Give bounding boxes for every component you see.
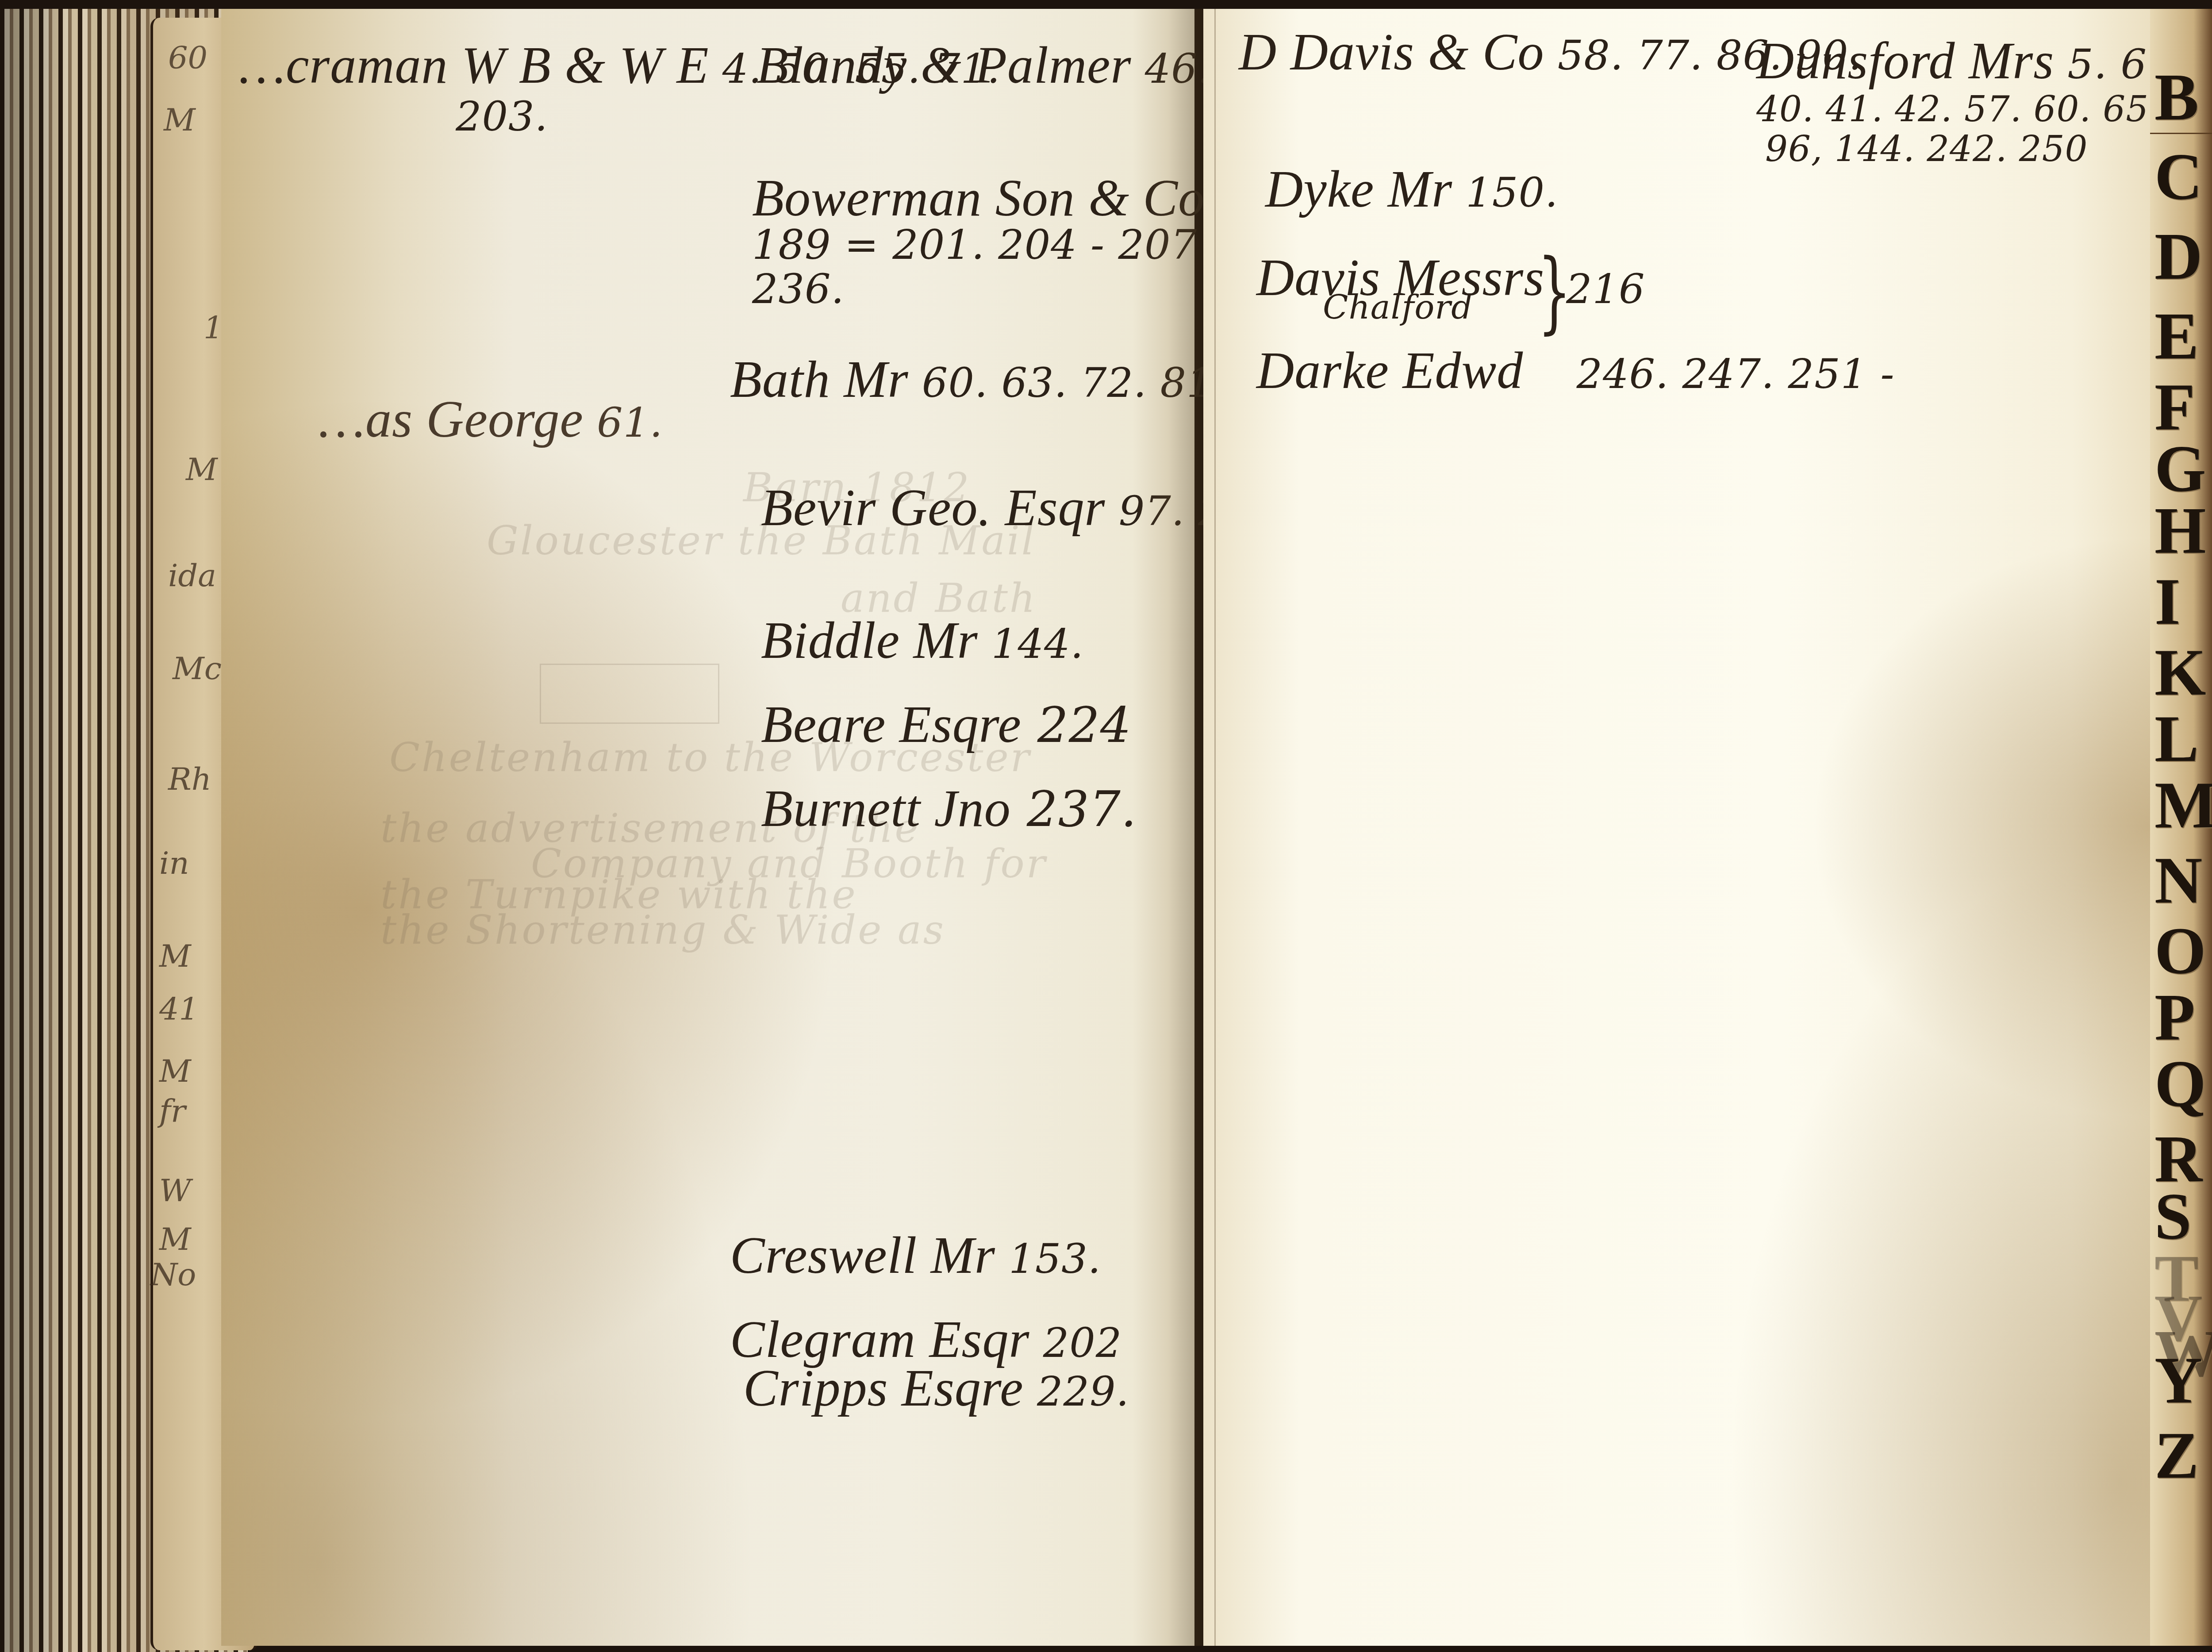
index-entry: Creswell Mr 153. [730, 1226, 1101, 1286]
open-ledger-book: 60 M 1 M ida Mc Rh in M 41 M fr W M No B… [0, 0, 2212, 1652]
margin-fragment: No [150, 1256, 196, 1293]
entry-name: Biddle Mr [761, 611, 978, 669]
alphabet-tab-d[interactable]: D [2154, 221, 2212, 292]
alphabet-tab-f[interactable]: F [2154, 372, 2212, 442]
entry-name: Bath Mr [730, 350, 909, 408]
alphabet-tab-y[interactable]: Y [2154, 1345, 2212, 1416]
margin-fragment: Rh [168, 761, 211, 797]
alphabet-tab-g[interactable]: G [2154, 434, 2212, 504]
index-entry-continuation: 96, 144. 242. 250 [1765, 128, 2088, 169]
entry-refs: 237. [1027, 781, 1137, 838]
alphabet-tab-l[interactable]: L [2154, 703, 2212, 774]
alphabet-tab-h[interactable]: H [2154, 496, 2212, 566]
alphabet-tab-n[interactable]: N [2154, 845, 2212, 916]
alphabet-tab-c[interactable]: C [2154, 142, 2212, 212]
index-entry: Cripps Esqre 229. [743, 1358, 1129, 1418]
entry-name: Burnett Jno [761, 780, 1011, 838]
entry-refs: 216 [1566, 265, 1645, 313]
alphabet-tab-b[interactable]: B [2154, 62, 2212, 133]
alphabet-tab-i[interactable]: I [2154, 566, 2212, 637]
index-entry-continuation: 236. [752, 265, 845, 313]
margin-fragment: 1 [204, 310, 223, 346]
entry-refs: 229. [1037, 1368, 1129, 1415]
bleed-through-text: the Shortening & Wide as [380, 907, 945, 953]
index-entry-continuation: 40. 41. 42. 57. 60. 65. 75. 83 [1756, 88, 2212, 130]
index-entry: Burnett Jno 237. [761, 779, 1137, 839]
alphabet-tab-p[interactable]: P [2154, 982, 2212, 1053]
margin-fragment: M [164, 102, 196, 138]
margin-fragment: Mc [173, 650, 222, 687]
bleed-through-stamp-box [540, 664, 719, 724]
entry-refs: 61. [597, 399, 663, 446]
entry-refs: 150. [1466, 169, 1558, 216]
index-entry: Darke Edwd 246. 247. 251 - [1256, 341, 1895, 401]
entry-name: …as George [319, 390, 584, 448]
margin-fragment: W [159, 1172, 191, 1209]
index-entry: Dyke Mr 150. [1265, 159, 1558, 219]
index-entry: …as George 61. [319, 389, 663, 449]
margin-fragment: 60 [168, 40, 207, 76]
entry-name: Blandy & Palmer [757, 36, 1131, 94]
entry-refs: 224 [1037, 697, 1132, 753]
entry-name: Cripps Esqre [743, 1359, 1024, 1417]
entry-refs: 144. [991, 620, 1084, 668]
alphabet-tab-z[interactable]: Z [2154, 1420, 2212, 1491]
entry-name: Bevir Geo. Esqr [761, 479, 1106, 537]
margin-fragment: 41 [159, 991, 199, 1027]
alphabet-tab-q[interactable]: Q [2154, 1049, 2212, 1119]
alphabet-thumb-index: B C D E F G H I K L M N O P Q R S T V W … [2150, 9, 2212, 1646]
entry-refs: 96, 144. 242. 250 [1765, 128, 2088, 169]
entry-name: Darke Edwd [1256, 342, 1523, 400]
entry-refs: 246. 247. 251 - [1576, 350, 1894, 398]
index-entry: Biddle Mr 144. [761, 611, 1084, 671]
entry-refs: 203. [456, 93, 548, 140]
margin-fragment: M [186, 451, 218, 488]
entry-location: Chalford [1323, 288, 1473, 327]
margin-fragment: fr [159, 1093, 185, 1129]
entry-name: Creswell Mr [730, 1226, 995, 1284]
entry-name: Dyke Mr [1265, 160, 1452, 218]
gutter-shadow-line [1214, 9, 1216, 1646]
margin-fragment: M [159, 1221, 191, 1257]
index-entry-continuation: 203. [456, 93, 548, 140]
entry-name: …craman W B & W E [239, 36, 709, 94]
margin-fragment: M [159, 938, 191, 974]
index-entry: Dunsford Mrs 5. 6. 21. 35. [1756, 31, 2212, 91]
margin-fragment: in [159, 845, 189, 881]
index-entry-refs: 216 [1566, 265, 1645, 313]
entry-name: Beare Esqre [761, 695, 1022, 753]
entry-refs: 153. [1009, 1235, 1101, 1283]
margin-fragment: ida [168, 557, 216, 594]
entry-refs: 236. [752, 265, 845, 313]
alphabet-tab-m[interactable]: M [2154, 770, 2212, 841]
entry-name: D Davis & Co [1239, 23, 1544, 81]
index-entry: Beare Esqre 224 [761, 695, 1132, 755]
entry-name: Dunsford Mrs [1756, 32, 2054, 90]
tab-separator [2150, 133, 2212, 134]
alphabet-tab-o[interactable]: O [2154, 916, 2212, 987]
alphabet-tab-k[interactable]: K [2154, 637, 2212, 708]
alphabet-tab-s[interactable]: S [2154, 1181, 2212, 1252]
alphabet-tab-e[interactable]: E [2154, 301, 2212, 372]
index-entry-sub: Chalford [1323, 288, 1473, 327]
entry-refs: 40. 41. 42. 57. 60. 65. 75. 83 [1756, 88, 2212, 130]
margin-fragment: M [159, 1053, 191, 1089]
